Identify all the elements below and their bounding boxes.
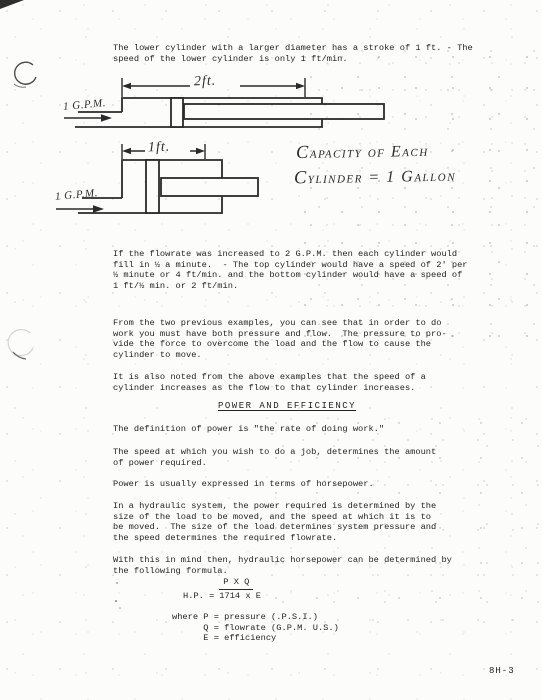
bottom-cylinder-inlet-label: 1 G.P.M. [55,187,99,203]
scan-artifacts [0,0,121,609]
corner-scan-mark [0,0,24,9]
paragraph-pressure-flow: From the two previous examples, you can … [113,318,447,361]
paragraph-speed-power: The speed at which you wish to do a job,… [113,447,436,468]
bottom-cylinder-stroke-label: 1ft. [148,140,171,157]
top-cylinder-drawing [64,78,384,127]
faint-circle-mark [8,330,33,356]
top-piston [171,98,183,127]
section-heading: POWER AND EFFICIENCY [218,401,356,412]
paragraph-horsepower: Power is usually expressed in terms of h… [113,479,374,490]
bottom-piston [146,160,159,213]
pen-doodle-circle [15,62,36,84]
horsepower-formula: H.P. = P X Q 1714 x E [183,577,261,601]
paragraph-hydraulic-system: In a hydraulic system, the power require… [113,501,436,544]
capacity-note-line2: Cylinder = 1 Gallon [294,165,456,189]
dim-arrow-left-icon [122,83,131,89]
paragraph-flowrate-example: If the flowrate was increased to 2 G.P.M… [113,249,468,292]
scanned-document-page: The lower cylinder with a larger diamete… [0,0,542,700]
top-cylinder-inlet-label: 1 G.P.M. [63,97,107,113]
scan-noise-overlay-right [300,48,542,338]
page-number: 8H-3 [489,666,515,677]
top-piston-rod [184,104,384,119]
formula-fraction: P X Q 1714 x E [219,577,261,601]
paragraph-intro: The lower cylinder with a larger diamete… [113,43,473,64]
bottom-piston-rod [161,178,258,196]
dim-arrow-right-icon [196,148,205,154]
formula-denominator: 1714 x E [219,590,261,602]
dim-arrow-left-icon [122,148,131,154]
flow-arrow-icon [93,205,104,213]
paragraph-speed-note: It is also noted from the above examples… [113,372,426,393]
formula-numerator: P X Q [219,577,253,590]
dim-arrow-right-icon [296,83,305,89]
faint-pen-tick [13,352,26,359]
paragraph-formula-intro: With this in mind then, hydraulic horsep… [113,555,452,576]
top-cylinder-stroke-label: 2ft. [194,74,217,91]
flow-arrow-icon [101,114,112,122]
capacity-note-line1: Capacity of Each [296,140,429,163]
paragraph-power-definition: The definition of power is "the rate of … [113,424,384,435]
pen-doodle-tail [14,84,26,87]
formula-lhs: H.P. = [183,591,214,602]
formula-legend: where P = pressure (.P.S.I.) Q = flowrat… [172,612,339,644]
